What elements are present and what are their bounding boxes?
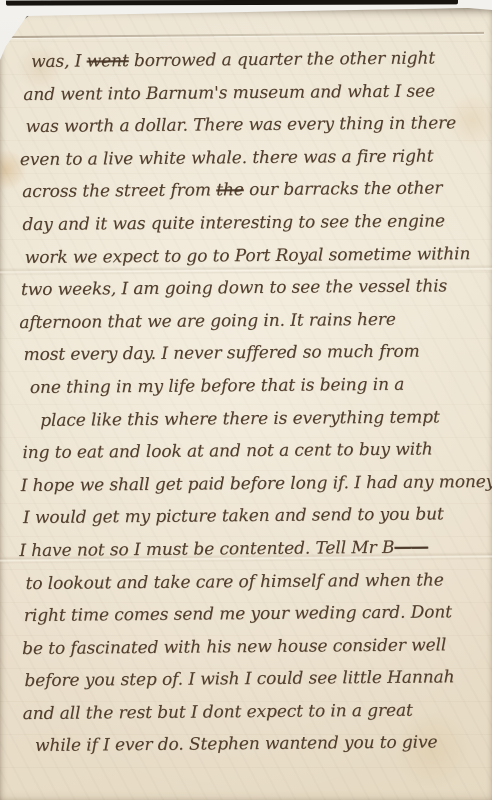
letter-line: was, I went borrowed a quarter the other… xyxy=(23,42,481,79)
letter-line: right time comes send me your weding car… xyxy=(24,596,486,633)
letter-line: two weeks, I am going down to see the ve… xyxy=(21,270,483,307)
letter-line: most every day. I never suffered so much… xyxy=(23,335,483,372)
letter-line: work we expect to go to Port Royal somet… xyxy=(25,238,483,275)
letter-text-segment: even to a live white whale. there was a … xyxy=(20,146,434,170)
letter-text-segment: place like this where there is everythin… xyxy=(40,407,440,430)
scanned-letter: was, I went borrowed a quarter the other… xyxy=(0,0,492,800)
letter-text-segment: I hope we shall get paid before long if.… xyxy=(21,472,492,496)
struck-word: went xyxy=(87,51,129,71)
letter-text-segment: borrowed a quarter the other night xyxy=(129,48,436,71)
letter-line: to lookout and take care of himself and … xyxy=(25,563,485,600)
letter-line: I would get my picture taken and send to… xyxy=(23,498,485,535)
letter-text-segment: before you step of. I wish I could see l… xyxy=(24,668,454,692)
letter-text-segment: afternoon that we are going in. It rains… xyxy=(19,310,396,333)
letter-text-segment: I would get my picture taken and send to… xyxy=(23,505,444,529)
letter-line: ing to eat and look at and not a cent to… xyxy=(22,433,484,470)
letter-text-segment: work we expect to go to Port Royal somet… xyxy=(25,244,471,268)
letter-line: place like this where there is everythin… xyxy=(26,401,484,438)
letter-line: before you step of. I wish I could see l… xyxy=(24,661,486,698)
letter-text-segment: one thing in my life before that is bein… xyxy=(30,375,405,398)
letter-text-segment: two weeks, I am going down to see the ve… xyxy=(21,276,447,300)
letter-line: even to a live white whale. there was a … xyxy=(20,140,482,177)
letter-line: be to fascinated with his new house cons… xyxy=(22,629,486,666)
letter-line: day and it was quite interesting to see … xyxy=(22,205,482,242)
letter-line: was worth a dollar. There was every thin… xyxy=(23,107,481,144)
letter-text-segment: most every day. I never suffered so much… xyxy=(23,342,419,365)
letter-line: across the street from the our barracks … xyxy=(22,172,482,209)
letter-line: and went into Barnum's museum and what I… xyxy=(23,75,481,112)
letter-text-segment: right time comes send me your weding car… xyxy=(24,602,452,626)
letter-paper: was, I went borrowed a quarter the other… xyxy=(0,8,492,800)
letter-text-segment: ing to eat and look at and not a cent to… xyxy=(22,440,432,464)
letter-text-segment: be to fascinated with his new house cons… xyxy=(22,635,446,659)
letter-text-segment: to lookout and take care of himself and … xyxy=(25,570,443,594)
letter-text-segment: across the street from xyxy=(22,181,216,203)
letter-body: was, I went borrowed a quarter the other… xyxy=(23,42,487,763)
letter-line: one thing in my life before that is bein… xyxy=(26,368,484,405)
stacked-page-corner-edge xyxy=(0,9,36,38)
struck-word: the xyxy=(216,180,244,200)
letter-text-segment: was, I xyxy=(31,51,87,71)
letter-text-segment: and all the rest but I dont expect to in… xyxy=(23,701,413,724)
letter-text-segment: our barracks the other xyxy=(244,179,443,201)
letter-line: afternoon that we are going in. It rains… xyxy=(19,303,483,340)
letter-text-segment: day and it was quite interesting to see … xyxy=(22,211,445,235)
letter-line: I hope we shall get paid before long if.… xyxy=(21,466,485,503)
letter-text-segment: and went into Barnum's museum and what I… xyxy=(23,81,435,105)
letter-line: while if I ever do. Stephen wantend you … xyxy=(29,726,487,763)
letter-text-segment: I have not so I must be contented. Tell … xyxy=(19,538,394,561)
scan-edge-band xyxy=(6,0,458,6)
letter-text-segment: while if I ever do. Stephen wantend you … xyxy=(35,733,438,757)
letter-text-segment: was worth a dollar. There was every thin… xyxy=(26,113,457,137)
letter-line: I have not so I must be contented. Tell … xyxy=(19,531,485,568)
second-sheet-edge xyxy=(2,32,484,38)
struck-word: —— xyxy=(394,537,428,557)
letter-line: and all the rest but I dont expect to in… xyxy=(23,694,487,731)
